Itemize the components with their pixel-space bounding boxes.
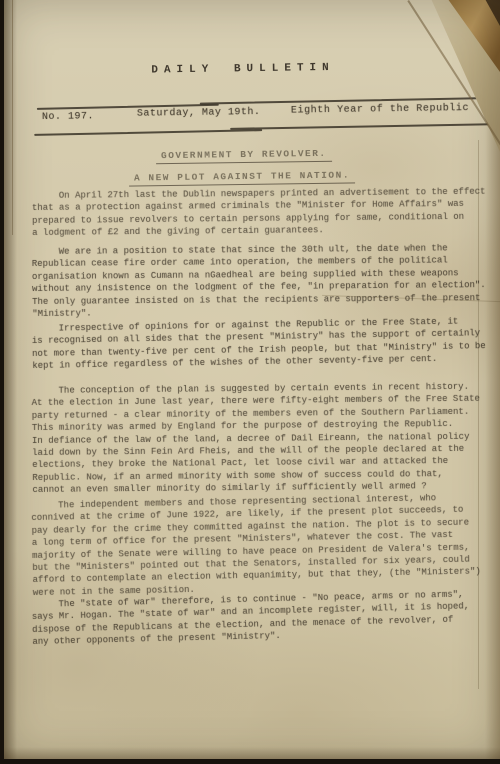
issue-date: Saturday, May 19th. — [137, 107, 261, 120]
issue-number: No. 197. — [42, 111, 94, 123]
masthead-block: DAILY BULLETIN No. 197. Saturday, May 19… — [2, 0, 500, 759]
masthead-title: DAILY BULLETIN — [151, 62, 335, 77]
issue-year-label: Eighth Year of the Republic — [291, 103, 469, 116]
divider-line-bottom-right — [230, 123, 492, 130]
scanned-page-photo: DAILY BULLETIN No. 197. Saturday, May 19… — [0, 0, 500, 764]
document-page: DAILY BULLETIN No. 197. Saturday, May 19… — [4, 0, 500, 759]
divider-line-bottom-left — [34, 129, 262, 136]
